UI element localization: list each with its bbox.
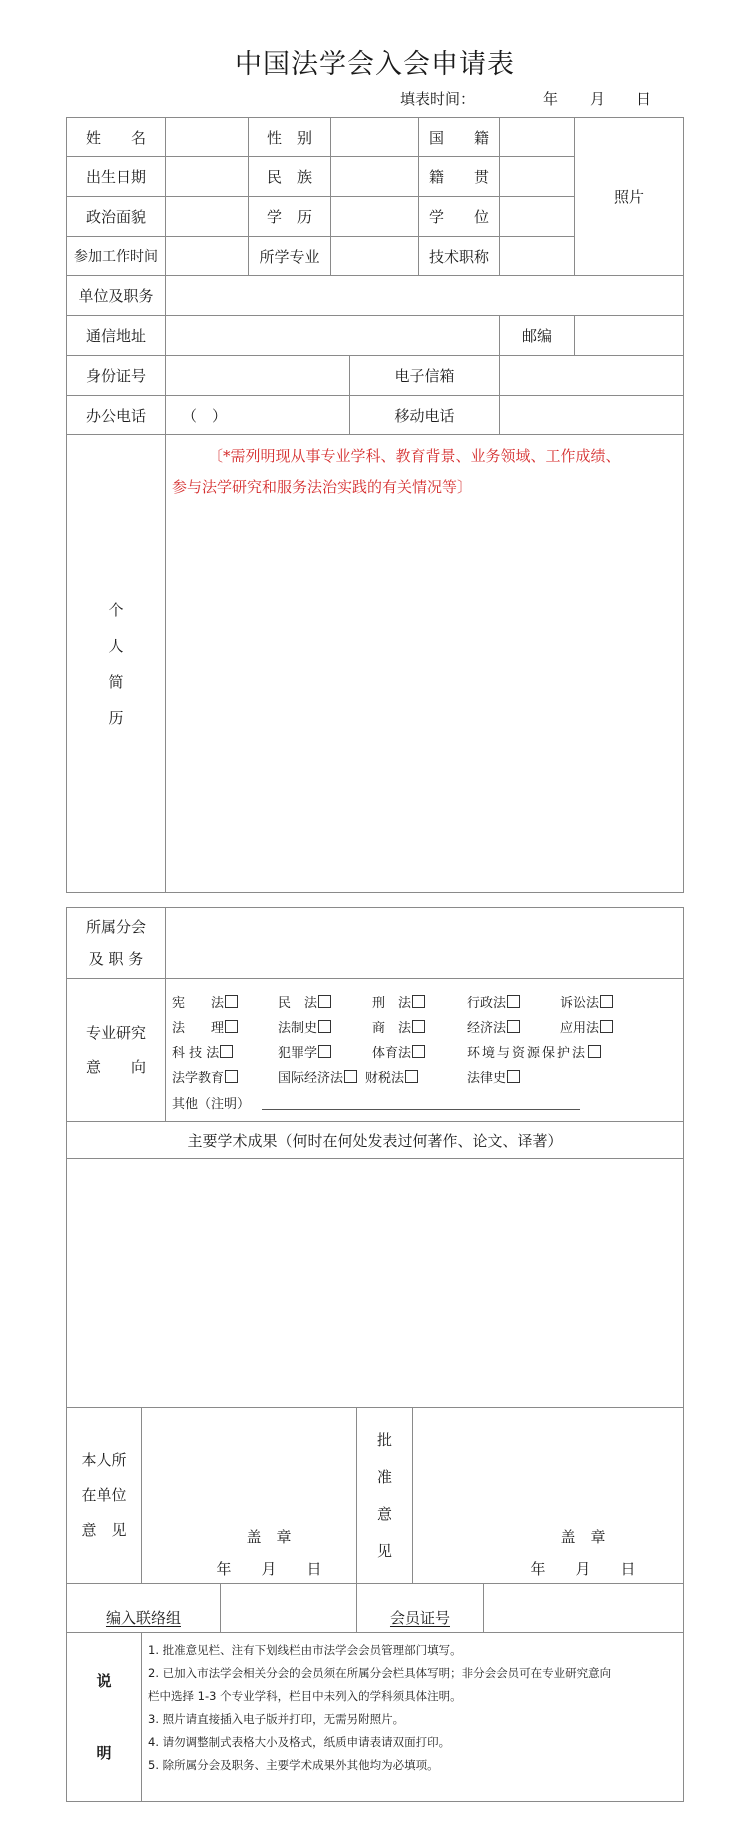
checkbox[interactable] bbox=[588, 1045, 601, 1058]
input-member-no[interactable] bbox=[483, 1583, 684, 1633]
checkbox[interactable] bbox=[507, 1070, 520, 1083]
option-environmental-law[interactable]: 环境与资源保护法 bbox=[467, 1042, 601, 1061]
input-id-number[interactable] bbox=[165, 355, 350, 396]
input-branch[interactable] bbox=[165, 907, 684, 979]
option-technology-law[interactable]: 科 技 法 bbox=[172, 1042, 233, 1061]
label-member-no: 会员证号 bbox=[356, 1583, 484, 1633]
page-title: 中国法学会入会申请表 bbox=[0, 42, 750, 81]
label-birth-date: 出生日期 bbox=[66, 156, 166, 197]
resume-char: 简 bbox=[108, 664, 123, 700]
input-approval-opinion[interactable]: 盖 章 年 月 日 bbox=[412, 1407, 684, 1584]
option-civil-law[interactable]: 民 法 bbox=[278, 992, 331, 1011]
label-work-start: 参加工作时间 bbox=[66, 236, 166, 276]
resume-char: 历 bbox=[108, 700, 123, 736]
label-ethnicity: 民 族 bbox=[248, 156, 331, 197]
input-mobile[interactable] bbox=[499, 395, 684, 435]
checkbox[interactable] bbox=[225, 1020, 238, 1033]
resume-char: 个 bbox=[108, 592, 123, 628]
option-administrative-law[interactable]: 行政法 bbox=[467, 992, 520, 1011]
note-item: 4. 请勿调整制式表格大小及格式，纸质申请表请双面打印。 bbox=[148, 1734, 450, 1750]
input-nationality[interactable] bbox=[499, 117, 575, 157]
option-commercial-law[interactable]: 商 法 bbox=[372, 1017, 425, 1036]
resume-hint: 〔*需列明现从事专业学科、教育背景、业务领域、工作成绩、 参与法学研究和服务法治… bbox=[172, 441, 621, 503]
fill-date-month: 月 bbox=[590, 88, 605, 109]
input-degree[interactable] bbox=[499, 196, 575, 237]
input-office-phone[interactable]: （ ） bbox=[165, 395, 350, 435]
label-degree: 学 位 bbox=[418, 196, 500, 237]
option-criminology[interactable]: 犯罪学 bbox=[278, 1042, 331, 1061]
checkbox[interactable] bbox=[344, 1070, 357, 1083]
label-resume: 个 人 简 历 bbox=[66, 434, 166, 893]
checkbox[interactable] bbox=[318, 995, 331, 1008]
option-international-economic-law[interactable]: 国际经济法 bbox=[278, 1067, 357, 1086]
option-sports-law[interactable]: 体育法 bbox=[372, 1042, 425, 1061]
label-education: 学 历 bbox=[248, 196, 331, 237]
approval-seal: 盖 章 bbox=[413, 1526, 683, 1547]
option-legal-history-system[interactable]: 法制史 bbox=[278, 1017, 331, 1036]
office-phone-parens: （ ） bbox=[182, 405, 227, 426]
label-address: 通信地址 bbox=[66, 315, 166, 356]
input-native-place[interactable] bbox=[499, 156, 575, 197]
input-employer-position[interactable] bbox=[165, 275, 684, 316]
label-branch: 所属分会 及 职 务 bbox=[66, 907, 166, 979]
input-postcode[interactable] bbox=[574, 315, 684, 356]
label-name: 姓 名 bbox=[66, 117, 166, 157]
photo-box[interactable]: 照片 bbox=[574, 117, 684, 276]
checkbox[interactable] bbox=[507, 1020, 520, 1033]
employer-seal: 盖 章 bbox=[142, 1526, 356, 1547]
label-research: 专业研究 意 向 bbox=[66, 978, 166, 1122]
input-education[interactable] bbox=[330, 196, 419, 237]
checkbox[interactable] bbox=[225, 1070, 238, 1083]
input-resume[interactable]: 〔*需列明现从事专业学科、教育背景、业务领域、工作成绩、 参与法学研究和服务法治… bbox=[165, 434, 684, 893]
note-item: 3. 照片请直接插入电子版并打印，无需另附照片。 bbox=[148, 1711, 404, 1727]
checkbox[interactable] bbox=[220, 1045, 233, 1058]
checkbox[interactable] bbox=[507, 995, 520, 1008]
checkbox[interactable] bbox=[405, 1070, 418, 1083]
checkbox[interactable] bbox=[412, 1045, 425, 1058]
label-nationality: 国 籍 bbox=[418, 117, 500, 157]
option-economic-law[interactable]: 经济法 bbox=[467, 1017, 520, 1036]
input-ethnicity[interactable] bbox=[330, 156, 419, 197]
note-item: 栏中选择 1-3 个专业学科，栏目中未列入的学科须具体注明。 bbox=[148, 1688, 462, 1704]
note-item: 1. 批准意见栏、注有下划线栏由市法学会会员管理部门填写。 bbox=[148, 1642, 462, 1658]
checkbox[interactable] bbox=[318, 1020, 331, 1033]
approval-date: 年 月 日 bbox=[413, 1558, 683, 1579]
input-liaison-group[interactable] bbox=[220, 1583, 357, 1633]
label-id-number: 身份证号 bbox=[66, 355, 166, 396]
label-notes: 说 明 bbox=[66, 1632, 142, 1802]
input-email[interactable] bbox=[499, 355, 684, 396]
fill-date-label: 填表时间： bbox=[400, 88, 475, 109]
label-gender: 性 别 bbox=[248, 117, 331, 157]
label-approval-opinion: 批 准 意 见 bbox=[356, 1407, 413, 1584]
option-applied-law[interactable]: 应用法 bbox=[560, 1017, 613, 1036]
research-other-input[interactable] bbox=[262, 1109, 580, 1110]
option-procedural-law[interactable]: 诉讼法 bbox=[560, 992, 613, 1011]
label-liaison-group: 编入联络组 bbox=[66, 1583, 221, 1633]
note-item: 5. 除所属分会及职务、主要学术成果外其他均为必填项。 bbox=[148, 1757, 439, 1773]
input-employer-opinion[interactable]: 盖 章 年 月 日 bbox=[141, 1407, 357, 1584]
checkbox[interactable] bbox=[225, 995, 238, 1008]
research-other-label: 其他（注明） bbox=[172, 1093, 250, 1112]
input-major[interactable] bbox=[330, 236, 419, 276]
label-office-phone: 办公电话 bbox=[66, 395, 166, 435]
option-constitutional-law[interactable]: 宪 法 bbox=[172, 992, 238, 1011]
option-fiscal-tax-law[interactable]: 财税法 bbox=[365, 1067, 418, 1086]
option-legal-history[interactable]: 法律史 bbox=[467, 1067, 520, 1086]
input-gender[interactable] bbox=[330, 117, 419, 157]
checkbox[interactable] bbox=[412, 1020, 425, 1033]
achievements-header: 主要学术成果（何时在何处发表过何著作、论文、译著） bbox=[66, 1121, 684, 1159]
input-tech-title[interactable] bbox=[499, 236, 575, 276]
label-mobile: 移动电话 bbox=[349, 395, 500, 435]
input-birth-date[interactable] bbox=[165, 156, 249, 197]
fill-date-day: 日 bbox=[636, 88, 651, 109]
checkbox[interactable] bbox=[600, 995, 613, 1008]
checkbox[interactable] bbox=[412, 995, 425, 1008]
input-achievements[interactable] bbox=[66, 1158, 684, 1408]
option-jurisprudence[interactable]: 法 理 bbox=[172, 1017, 238, 1036]
photo-label: 照片 bbox=[614, 186, 644, 207]
note-item: 2. 已加入市法学会相关分会的会员须在所属分会栏具体写明；非分会会员可在专业研究… bbox=[148, 1665, 611, 1681]
fill-date-year: 年 bbox=[543, 88, 558, 109]
label-employer-opinion: 本人所 在单位 意 见 bbox=[66, 1407, 142, 1584]
checkbox[interactable] bbox=[318, 1045, 331, 1058]
label-postcode: 邮编 bbox=[499, 315, 575, 356]
employer-date: 年 月 日 bbox=[142, 1558, 356, 1579]
input-work-start[interactable] bbox=[165, 236, 249, 276]
label-email: 电子信箱 bbox=[349, 355, 500, 396]
input-address[interactable] bbox=[165, 315, 500, 356]
input-political-status[interactable] bbox=[165, 196, 249, 237]
label-native-place: 籍 贯 bbox=[418, 156, 500, 197]
label-employer-position: 单位及职务 bbox=[66, 275, 166, 316]
input-name[interactable] bbox=[165, 117, 249, 157]
label-political-status: 政治面貌 bbox=[66, 196, 166, 237]
resume-char: 人 bbox=[108, 628, 123, 664]
label-tech-title: 技术职称 bbox=[418, 236, 500, 276]
checkbox[interactable] bbox=[600, 1020, 613, 1033]
option-legal-education[interactable]: 法学教育 bbox=[172, 1067, 238, 1086]
option-criminal-law[interactable]: 刑 法 bbox=[372, 992, 425, 1011]
label-major: 所学专业 bbox=[248, 236, 331, 276]
